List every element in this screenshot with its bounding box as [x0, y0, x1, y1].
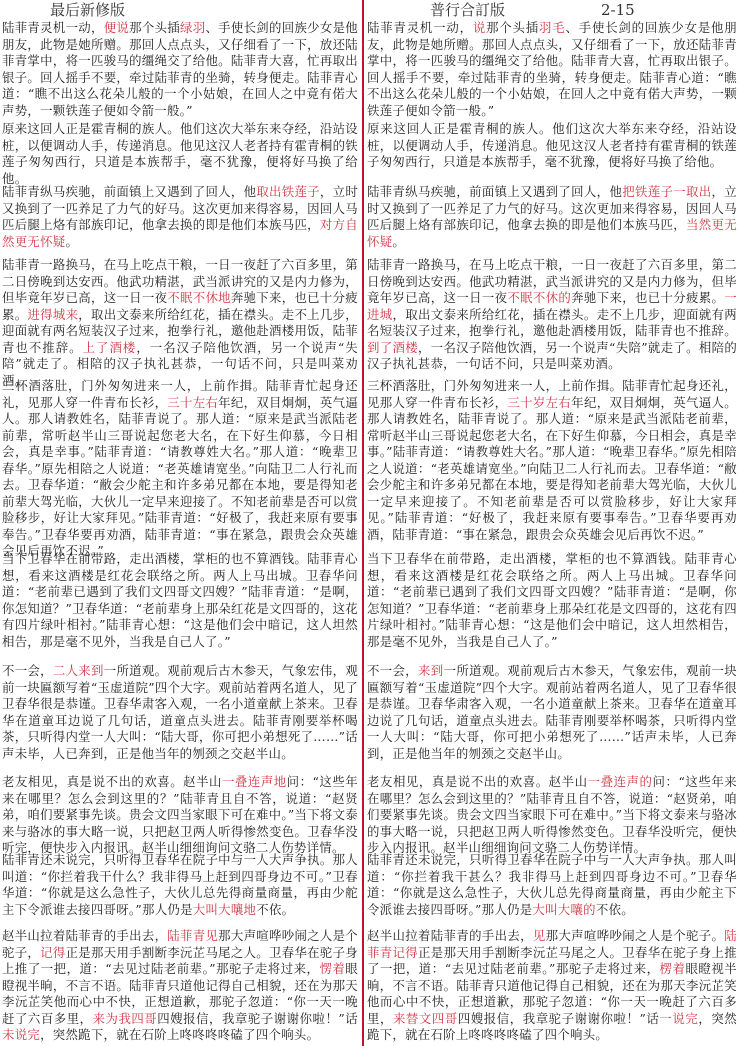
highlighted-revision-text: 一叠连声地 [222, 774, 287, 789]
highlighted-revision-text: 记得 [40, 945, 65, 960]
paragraph-text: 陆菲青纵马疾驰，前面镇上又遇到了回人，他 [2, 184, 256, 199]
right-column-header: 普行合訂版 2-15 [367, 0, 737, 20]
highlighted-revision-text: 羽毛 [539, 20, 565, 35]
highlighted-revision-text: 一叠连声的 [588, 774, 653, 789]
column-divider [362, 0, 364, 1046]
paragraph-text: 不依。 [256, 902, 294, 917]
right-column-combined-edition: 普行合訂版 2-15 陆菲青灵机一动，说那个头插羽毛、手使长剑的回族少女是他朋友… [367, 0, 737, 20]
paragraph: 陆菲青灵机一动，说那个头插羽毛、手使长剑的回族少女是他朋友，此物是她所赠。那回人… [367, 20, 737, 119]
highlighted-revision-text: 把铁莲子一取出 [622, 184, 711, 199]
left-column-header: 最后新修版 [2, 0, 358, 20]
highlighted-revision-text: 说 [473, 20, 486, 35]
highlighted-revision-text: 进得城来 [27, 307, 78, 322]
paragraph: 陆菲青一路换马，在马上吃点干粮，一日一夜赶了六百多里，第二日傍晚到达安西。他武功… [2, 257, 358, 389]
paragraph-text: 原来这回人正是霍青桐的族人。他们这次大举东来夺经，沿站设桩，以便调动人手，传递消… [2, 121, 358, 186]
paragraph-text: 那大声喧哗吵闹之人是个驼子。 [546, 928, 725, 943]
paragraph-text: 那个头插 [486, 20, 539, 35]
paragraph-text: 当下卫春华在前带路，走出酒楼，掌柜的也不算酒钱。陆菲青心想，看来这酒楼是红花会联… [367, 551, 737, 649]
highlighted-revision-text: 三十岁左右 [507, 395, 571, 410]
highlighted-revision-text: 三十左右 [167, 395, 218, 410]
highlighted-revision-text: 取出铁莲子 [256, 184, 320, 199]
highlighted-revision-text: 来替文四哥 [393, 1011, 458, 1026]
paragraph: 当下卫春华在前带路，走出酒楼，掌柜的也不算酒钱。陆菲青心想，看来这酒楼是红花会联… [2, 551, 358, 650]
paragraph: 老友相见，真是说不出的欢喜。赵半山一叠连声的问：“这些年来在哪里？怎么会到这里的… [367, 774, 737, 857]
paragraph: 赵半山拉着陆菲青的手出去，见那大声喧哗吵闹之人是个驼子。陆菲青记得正是那天用手割… [367, 928, 737, 1044]
paragraph-text: 四嫂报信，我章驼子谢谢你啦！”话 [458, 1011, 660, 1026]
paragraph-text: 年纪，双目炯炯，英气逼人。那人请教姓名，陆菲青说了。那人道：“原来是武当派陆老前… [2, 395, 358, 559]
highlighted-revision-text: 楞着 [660, 961, 686, 976]
paragraph-text: ，取出文泰来所给红花，插在襟头。走不上几步，迎面就有两名短装汉子过来，抱拳行礼，… [367, 307, 737, 339]
highlighted-revision-text: 陆菲青见 [167, 928, 218, 943]
highlighted-revision-text: 绿羽 [180, 20, 205, 35]
paragraph-text: ，突然跪下，就在石阶上咚咚咚咚磕了四个响头。 [40, 1027, 319, 1042]
highlighted-revision-text: 不眠不休地 [167, 290, 231, 305]
highlighted-revision-text: 二人来到 [53, 663, 104, 678]
paragraph-text: ，一名汉子陪他饮酒，另一个说声“失陪”就走了。相陪的汉子执礼甚恭，一句话不问，只… [367, 340, 737, 372]
highlighted-revision-text: 上了酒楼 [83, 340, 137, 355]
paragraph-text: 奔驰下来，也已十分疲累。 [571, 290, 724, 305]
paragraph: 原来这回人正是霍青桐的族人。他们这次大举东来夺经，沿站设桩，以便调动人手，传递消… [2, 121, 358, 187]
paragraph-text: 陆菲青灵机一动， [2, 20, 104, 35]
paragraph-text: 不一会， [2, 663, 53, 678]
highlighted-revision-text: 便说 [104, 20, 129, 35]
highlighted-revision-text: 到了酒楼 [367, 340, 418, 355]
right-column-title: 普行合訂版 [430, 0, 505, 20]
paragraph-text: 赵半山拉着陆菲青的手出去， [2, 928, 167, 943]
highlighted-revision-text: 一说完 [659, 1011, 698, 1026]
highlighted-revision-text: 未说完 [2, 1027, 40, 1042]
paragraph-text: 陆菲青纵马疾驰，前面镇上又遇到了回人，他 [367, 184, 622, 199]
paragraph: 三杯酒落肚，门外匆匆进来一人，上前作揖。陆菲青忙起身还礼，见那人穿一件青布长衫，… [367, 378, 737, 543]
paragraph: 陆菲青灵机一动，便说那个头插绿羽、手使长剑的回族少女是他朋友，此物是她所赠。那回… [2, 20, 358, 119]
paragraph-text: 年纪，双目炯炯，英气逼人。那人请教姓名，陆菲青说了。那人道：“原来是武当派陆老前… [367, 395, 737, 542]
paragraph: 原来这回人正是霍青桐的族人。他们这次大举东来夺经，沿站设桩，以便调动人手，传递消… [367, 121, 737, 171]
paragraph-text: 。 [392, 234, 405, 249]
paragraph-text: 那个头插 [129, 20, 180, 35]
paragraph-text: 老友相见，真是说不出的欢喜。赵半山 [367, 774, 588, 789]
paragraph-text: 。 [65, 234, 78, 249]
paragraph: 赵半山拉着陆菲青的手出去，陆菲青见那大声喧哗吵闹之人是个驼子，记得正是那天用手割… [2, 928, 358, 1044]
highlighted-revision-text: 不眠不休的 [507, 290, 571, 305]
paragraph: 陆菲青还未说完，只听得卫春华在院子中与一人大声争执。那人叫道：“你拦着我干什么？… [2, 852, 358, 918]
paragraph-text: 原来这回人正是霍青桐的族人。他们这次大举东来夺经，沿站设桩，以便调动人手，传递消… [367, 121, 737, 169]
paragraph: 不一会，来到一所道观。观前观后古木参天，气象宏伟，观前一块匾额写着“玉虚道院”四… [367, 663, 737, 762]
paragraph: 陆菲青纵马疾驰，前面镇上又遇到了回人，他取出铁莲子，立时又换到了一匹养足了力气的… [2, 184, 358, 250]
paragraph: 不一会，二人来到一所道观。观前观后古木参天，气象宏伟，观前一块匾额写着“玉虚道院… [2, 663, 358, 762]
highlighted-revision-text: 见 [533, 928, 546, 943]
paragraph: 老友相见，真是说不出的欢喜。赵半山一叠连声地问：“这些年来在哪里？怎么会到这里的… [2, 774, 358, 857]
paragraph-text: 不依。 [596, 902, 634, 917]
highlighted-revision-text: 大叫大嚷的 [532, 902, 595, 917]
paragraph: 当下卫春华在前带路，走出酒楼，掌柜的也不算酒钱。陆菲青心想，看来这酒楼是红花会联… [367, 551, 737, 650]
paragraph-text: 四嫂报信，我章驼子谢谢你啦！”话 [157, 1011, 358, 1026]
paragraph: 陆菲青一路换马，在马上吃点干粮，一日一夜赶了六百多里，第二日傍晚到达安西。他武功… [367, 257, 737, 373]
highlighted-revision-text: 来到 [418, 663, 444, 678]
highlighted-revision-text: 大叫大嚷地 [193, 902, 256, 917]
page-number: 2-15 [601, 0, 635, 20]
highlighted-revision-text: 愣着 [319, 961, 345, 976]
paragraph-text: 赵半山拉着陆菲青的手出去， [367, 928, 533, 943]
paragraph-text: 陆菲青灵机一动， [367, 20, 473, 35]
left-column-latest-revision: 最后新修版 陆菲青灵机一动，便说那个头插绿羽、手使长剑的回族少女是他朋友，此物是… [2, 0, 358, 20]
left-column-title: 最后新修版 [50, 0, 125, 20]
paragraph-text: 陆菲青还未说完，只听得卫春华在院子中与一人大声争执。那人叫道：“你拦着我干什么？… [2, 852, 358, 917]
highlighted-revision-text: 来为我四哥 [93, 1011, 158, 1026]
paragraph-text: 当下卫春华在前带路，走出酒楼，掌柜的也不算酒钱。陆菲青心想，看来这酒楼是红花会联… [2, 551, 358, 649]
paragraph: 陆菲青纵马疾驰，前面镇上又遇到了回人，他把铁莲子一取出，立时又换到了一匹养足了力… [367, 184, 737, 250]
paragraph: 三杯酒落肚，门外匆匆进来一人，上前作揖。陆菲青忙起身还礼，见那人穿一件青布长衫，… [2, 378, 358, 560]
paragraph-text: 老友相见，真是说不出的欢喜。赵半山 [2, 774, 222, 789]
paragraph: 陆菲青还未说完，只听得卫春华在院子中与一人大声争执。那人叫道：“你拦着我干甚么？… [367, 852, 737, 918]
paragraph-text: 不一会， [367, 663, 418, 678]
